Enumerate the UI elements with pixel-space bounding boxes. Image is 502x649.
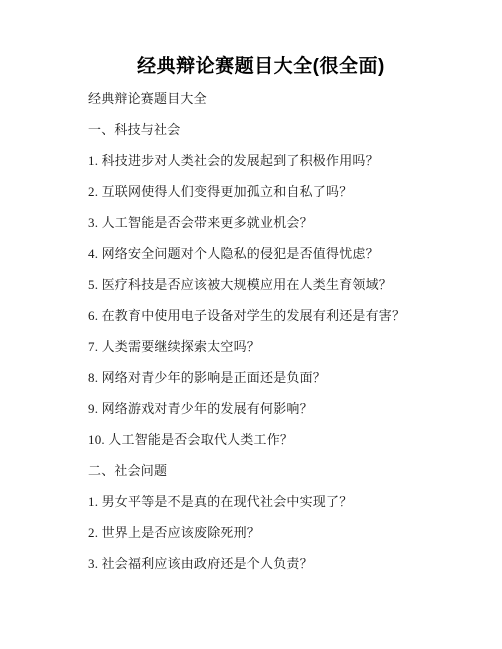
document-page: 经典辩论赛题目大全(很全面) 经典辩论赛题目大全 一、科技与社会 1. 科技进步… — [0, 0, 502, 649]
paragraph-line: 8. 网络对青少年的影响是正面还是负面？ — [88, 371, 462, 385]
paragraph-line: 6. 在教育中使用电子设备对学生的发展有利还是有害？ — [88, 309, 462, 323]
paragraph-line: 3. 社会福利应该由政府还是个人负责？ — [88, 557, 462, 571]
paragraph-subtitle: 经典辩论赛题目大全 — [88, 92, 462, 106]
paragraph-line: 3. 人工智能是否会带来更多就业机会？ — [88, 216, 462, 230]
document-title: 经典辩论赛题目大全(很全面) — [40, 0, 482, 78]
paragraph-line: 7. 人类需要继续探索太空吗？ — [88, 340, 462, 354]
paragraph-line: 10. 人工智能是否会取代人类工作？ — [88, 433, 462, 447]
paragraph-line: 2. 世界上是否应该废除死刑？ — [88, 526, 462, 540]
section-heading-1: 一、科技与社会 — [88, 123, 462, 137]
paragraph-line: 2. 互联网使得人们变得更加孤立和自私了吗？ — [88, 185, 462, 199]
section-heading-2: 二、社会问题 — [88, 464, 462, 478]
paragraph-line: 5. 医疗科技是否应该被大规模应用在人类生育领域？ — [88, 278, 462, 292]
paragraph-line: 1. 科技进步对人类社会的发展起到了积极作用吗？ — [88, 154, 462, 168]
paragraph-line: 9. 网络游戏对青少年的发展有何影响？ — [88, 402, 462, 416]
paragraph-line: 1. 男女平等是不是真的在现代社会中实现了？ — [88, 495, 462, 509]
paragraph-line: 4. 网络安全问题对个人隐私的侵犯是否值得忧虑？ — [88, 247, 462, 261]
document-body: 经典辩论赛题目大全 一、科技与社会 1. 科技进步对人类社会的发展起到了积极作用… — [88, 78, 462, 571]
